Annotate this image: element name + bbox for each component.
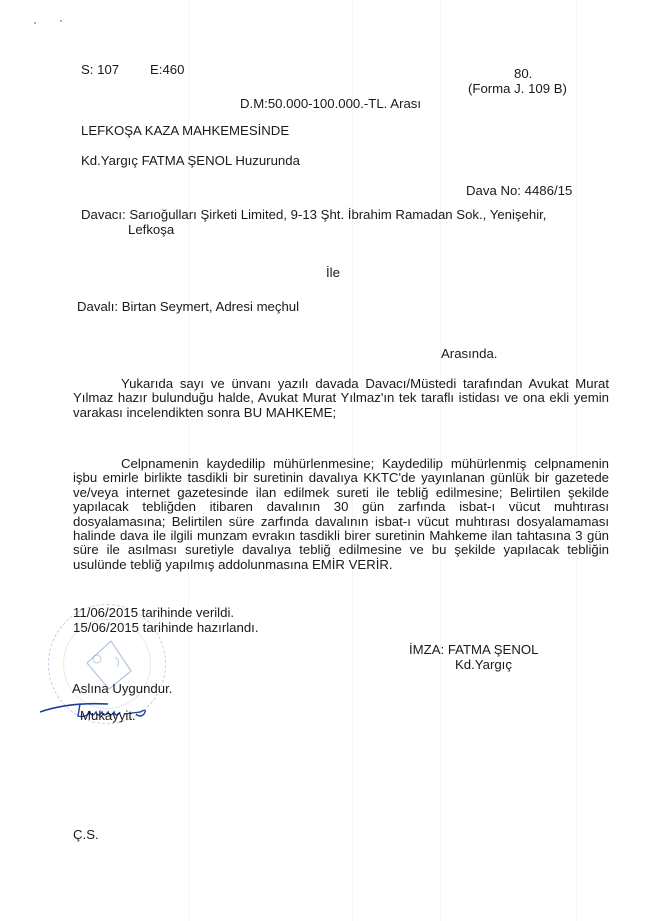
scan-speck <box>60 20 62 22</box>
connector-ile: İle <box>326 265 340 280</box>
sayi-number: S: 107 <box>81 62 119 77</box>
defendant-line: Davalı: Birtan Seymert, Adresi meçhul <box>77 299 299 314</box>
scan-speck <box>34 22 36 24</box>
prepared-date: 15/06/2015 tarihinde hazırlandı. <box>73 620 259 635</box>
order-paragraph-2-text: Celpnamenin kaydedilip mühürlenmesine; K… <box>73 456 609 572</box>
form-number: 80. <box>514 66 532 81</box>
judge-title: Kd.Yargıç <box>455 657 512 672</box>
between-label: Arasında. <box>441 346 497 361</box>
esas-number: E:460 <box>150 62 184 77</box>
judge-line: Kd.Yargıç FATMA ŞENOL Huzurunda <box>81 153 300 168</box>
order-paragraph-1: Yukarıda sayı ve ünvanı yazılı davada Da… <box>73 377 609 420</box>
form-code: (Forma J. 109 B) <box>468 81 567 96</box>
claim-amount-range: D.M:50.000-100.000.-TL. Arası <box>240 96 421 111</box>
plaintiff-city: Lefkoşa <box>128 222 174 237</box>
judge-signature-label: İMZA: FATMA ŞENOL <box>409 642 538 657</box>
given-date: 11/06/2015 tarihinde verildi. <box>73 605 234 620</box>
court-name: LEFKOŞA KAZA MAHKEMESİNDE <box>81 123 289 138</box>
plaintiff-line: Davacı: Sarıoğulları Şirketi Limited, 9-… <box>81 207 546 222</box>
order-paragraph-2: Celpnamenin kaydedilip mühürlenmesine; K… <box>73 457 609 572</box>
typist-initials: Ç.S. <box>73 827 99 842</box>
registrar-label: Mukayyit. <box>80 708 136 723</box>
case-number: Dava No: 4486/15 <box>466 183 572 198</box>
order-paragraph-1-text: Yukarıda sayı ve ünvanı yazılı davada Da… <box>73 376 609 420</box>
